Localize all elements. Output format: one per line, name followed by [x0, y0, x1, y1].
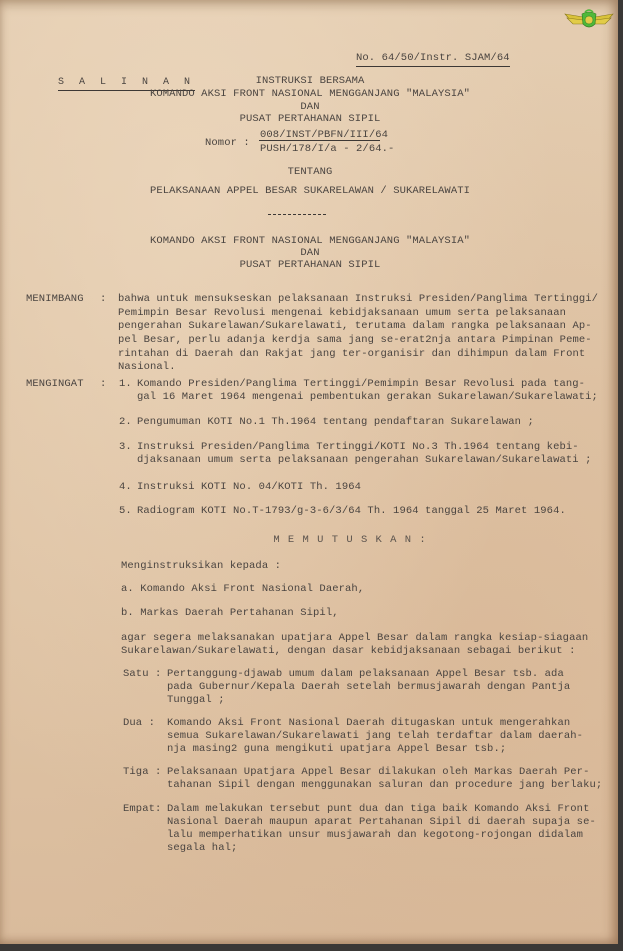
recipient-a: a. Komando Aksi Front Nasional Daerah,	[121, 583, 364, 596]
menimbang-colon: :	[100, 293, 106, 306]
memutuskan-intro: Menginstruksikan kepada :	[121, 560, 281, 573]
agar-line-2: Sukarelawan/Sukarelawati, dengan dasar k…	[121, 645, 575, 658]
reference-number: No. 64/50/Instr. SJAM/64	[356, 52, 510, 67]
document-page: No. 64/50/Instr. SJAM/64 S A L I N A N I…	[0, 0, 618, 944]
title-line-4: PUSAT PERTAHANAN SIPIL	[100, 113, 520, 126]
nomor-line-2: PUSH/178/I/a - 2/64.-	[260, 143, 394, 156]
winged-emblem-icon	[563, 6, 615, 32]
mengingat-colon: :	[100, 378, 106, 391]
nomor-divider	[259, 140, 380, 141]
agar-line-1: agar segera melaksanakan upatjara Appel …	[121, 632, 588, 645]
separator-line	[268, 214, 326, 215]
title-line-2: KOMANDO AKSI FRONT NASIONAL MENGGANJANG …	[100, 88, 520, 101]
nomor-label: Nomor :	[205, 137, 250, 150]
recipient-b: b. Markas Daerah Pertahanan Sipil,	[121, 607, 339, 620]
menimbang-label: MENIMBANG	[26, 293, 84, 306]
tentang-label: TENTANG	[100, 166, 520, 179]
mengingat-label: MENGINGAT	[26, 378, 84, 391]
memutuskan-heading: M E M U T U S K A N :	[150, 534, 550, 547]
title-line-1: INSTRUKSI BERSAMA	[100, 75, 520, 88]
issuer-line-3: PUSAT PERTAHANAN SIPIL	[100, 259, 520, 272]
subject: PELAKSANAAN APPEL BESAR SUKARELAWAN / SU…	[100, 185, 520, 198]
